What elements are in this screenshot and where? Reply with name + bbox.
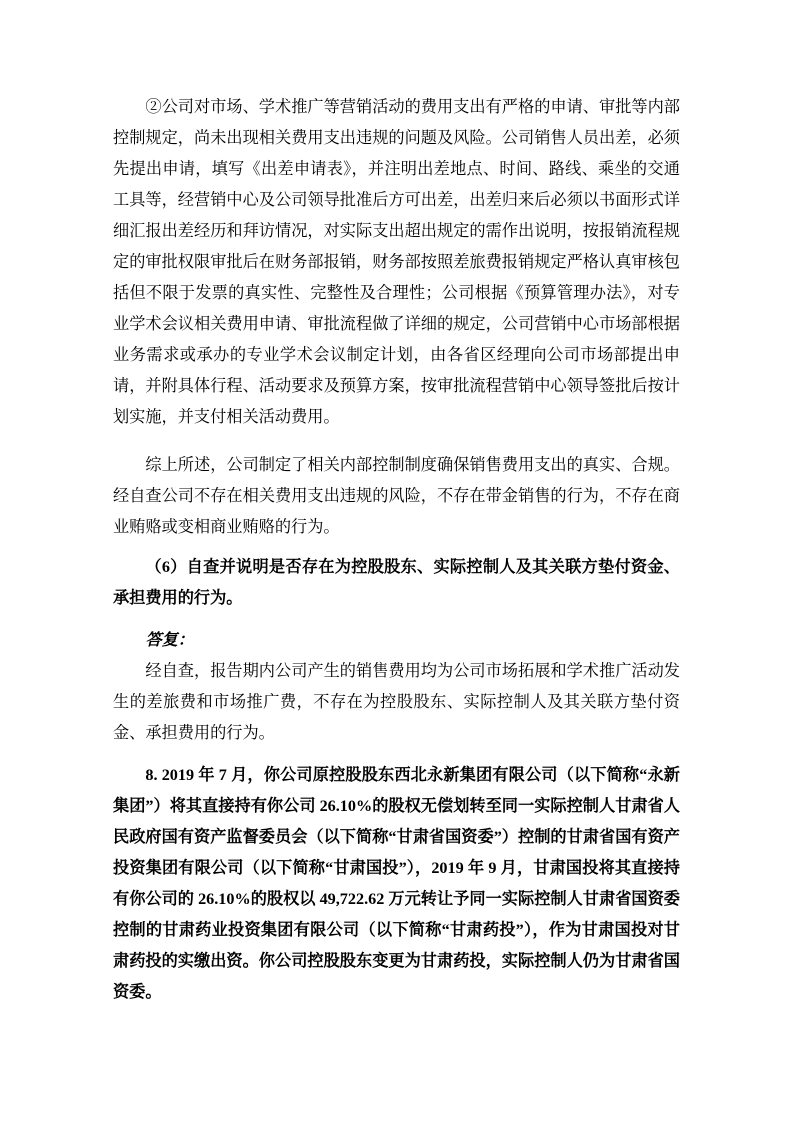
paragraph-internal-control: ②公司对市场、学术推广等营销活动的费用支出有严格的申请、审批等内部控制规定，尚未… — [113, 92, 680, 433]
document-page: ②公司对市场、学术推广等营销活动的费用支出有严格的申请、审批等内部控制规定，尚未… — [0, 0, 793, 1122]
paragraph-question-8: 8. 2019 年 7 月，你公司原控股股东西北永新集团有限公司（以下简称“永新… — [113, 760, 680, 1008]
reply-label: 答复： — [113, 625, 680, 656]
document-content: ②公司对市场、学术推广等营销活动的费用支出有严格的申请、审批等内部控制规定，尚未… — [113, 92, 680, 1008]
paragraph-self-check: 经自查，报告期内公司产生的销售费用均为公司市场拓展和学术推广活动发生的差旅费和市… — [113, 656, 680, 749]
heading-item-6: （6）自查并说明是否存在为控股股东、实际控制人及其关联方垫付资金、承担费用的行为… — [113, 552, 680, 614]
paragraph-summary: 综上所述，公司制定了相关内部控制制度确保销售费用支出的真实、合规。经自查公司不存… — [113, 450, 680, 543]
